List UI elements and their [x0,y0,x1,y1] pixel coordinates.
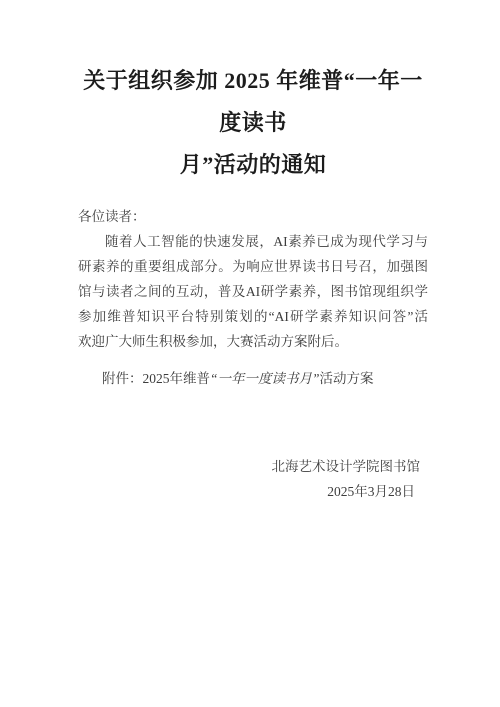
signature-organization: 北海艺术设计学院图书馆 [78,454,428,479]
attachment-quoted-title: “一年一度读书月” [210,371,320,386]
title-line-2: 月”活动的通知 [78,144,428,186]
attachment-prefix: 附件：2025年维普 [102,371,210,386]
title-line-1: 关于组织参加 2025 年维普“一年一度读书 [78,60,428,144]
paragraph-line-3: 馆与读者之间的互动，普及AI研学素养，图书馆现组织学生 [78,279,428,304]
body-paragraph: 随着人工智能的快速发展，AI素养已成为现代学习与科 研素养的重要组成部分。为响应… [78,229,428,354]
signature-block: 北海艺术设计学院图书馆 2025年3月28日 [78,454,428,504]
paragraph-line-4: 参加维普知识平台特别策划的“AI研学素养知识问答”活动， [78,304,428,329]
paragraph-line-2: 研素养的重要组成部分。为响应世界读书日号召，加强图书 [78,254,428,279]
attachment-suffix: 活动方案 [320,371,374,386]
document-title: 关于组织参加 2025 年维普“一年一度读书 月”活动的通知 [78,60,428,186]
attachment-line: 附件：2025年维普“一年一度读书月”活动方案 [78,366,428,391]
salutation: 各位读者： [78,204,428,229]
document-page: 关于组织参加 2025 年维普“一年一度读书 月”活动的通知 各位读者： 随着人… [0,0,500,707]
paragraph-line-5: 欢迎广大师生积极参加，大赛活动方案附后。 [78,329,428,354]
paragraph-line-1: 随着人工智能的快速发展，AI素养已成为现代学习与科 [78,229,428,254]
signature-date: 2025年3月28日 [78,479,428,504]
